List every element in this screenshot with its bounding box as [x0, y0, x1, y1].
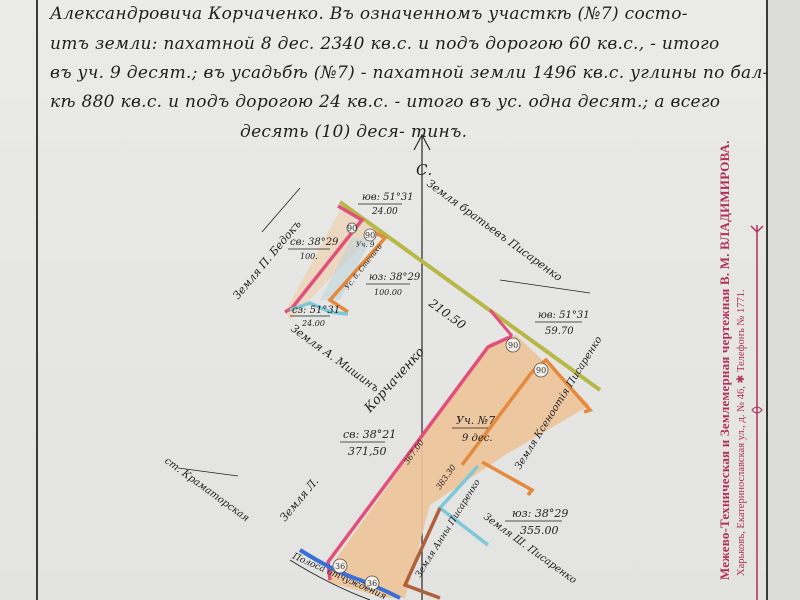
label-kramatorskaya: ст. Краматорская: [162, 456, 251, 525]
svg-text:371,50: 371,50: [348, 445, 387, 458]
bearing-long-left: св: 38°21: [343, 428, 396, 441]
bearing-mid-right: юв: 51°31: [538, 310, 590, 321]
svg-text:59.70: 59.70: [545, 326, 574, 337]
svg-text:355.00: 355.00: [520, 524, 559, 537]
stamp-line-1: Межево-Техническая и Землемерная чертежн…: [717, 140, 733, 580]
svg-text:90: 90: [508, 341, 518, 350]
length-northeast: 210.50: [425, 296, 468, 333]
svg-text:100.00: 100.00: [374, 288, 402, 297]
svg-text:9 дес.: 9 дес.: [462, 433, 493, 444]
stamp-rule: [751, 225, 763, 600]
stamp-line-2: Харьковъ, Екатеринославская ул., д. № 46…: [735, 140, 747, 580]
bearing-top: юв: 51°31: [362, 192, 414, 203]
svg-text:90: 90: [365, 231, 375, 240]
label-sh-pisarenko: Земля Ш. Писаренко: [481, 512, 578, 587]
svg-text:90: 90: [347, 224, 357, 233]
small-parcel-label: Уч. 9: [356, 241, 375, 249]
svg-text:24.00: 24.00: [371, 207, 398, 217]
bearing-small-right: юз: 38°29: [369, 272, 421, 283]
svg-text:100.: 100.: [300, 252, 318, 261]
label-pisarenko-brothers: Земля братьевъ Писаренко: [424, 177, 565, 284]
bearing-small-bottom: сз: 51°31: [292, 305, 340, 316]
survey-document: Александровича Корчаченко. Въ означенном…: [0, 0, 800, 600]
label-bedok: Земля П. Бедокъ: [230, 218, 304, 302]
draughtsman-stamp: Межево-Техническая и Землемерная чертежн…: [717, 140, 747, 580]
svg-text:Уч. №7: Уч. №7: [456, 414, 495, 427]
north-label: С.: [416, 161, 432, 179]
bearing-long-right: юз: 38°29: [512, 507, 568, 520]
svg-text:90: 90: [536, 366, 546, 375]
label-mishin: Земля А. Мишинъ: [288, 322, 381, 395]
bearing-small-left: св: 38°29: [290, 237, 339, 248]
svg-text:24.00: 24.00: [301, 319, 325, 328]
survey-map: С. 90 90: [0, 0, 800, 600]
label-land-l: Земля Л.: [277, 475, 321, 524]
